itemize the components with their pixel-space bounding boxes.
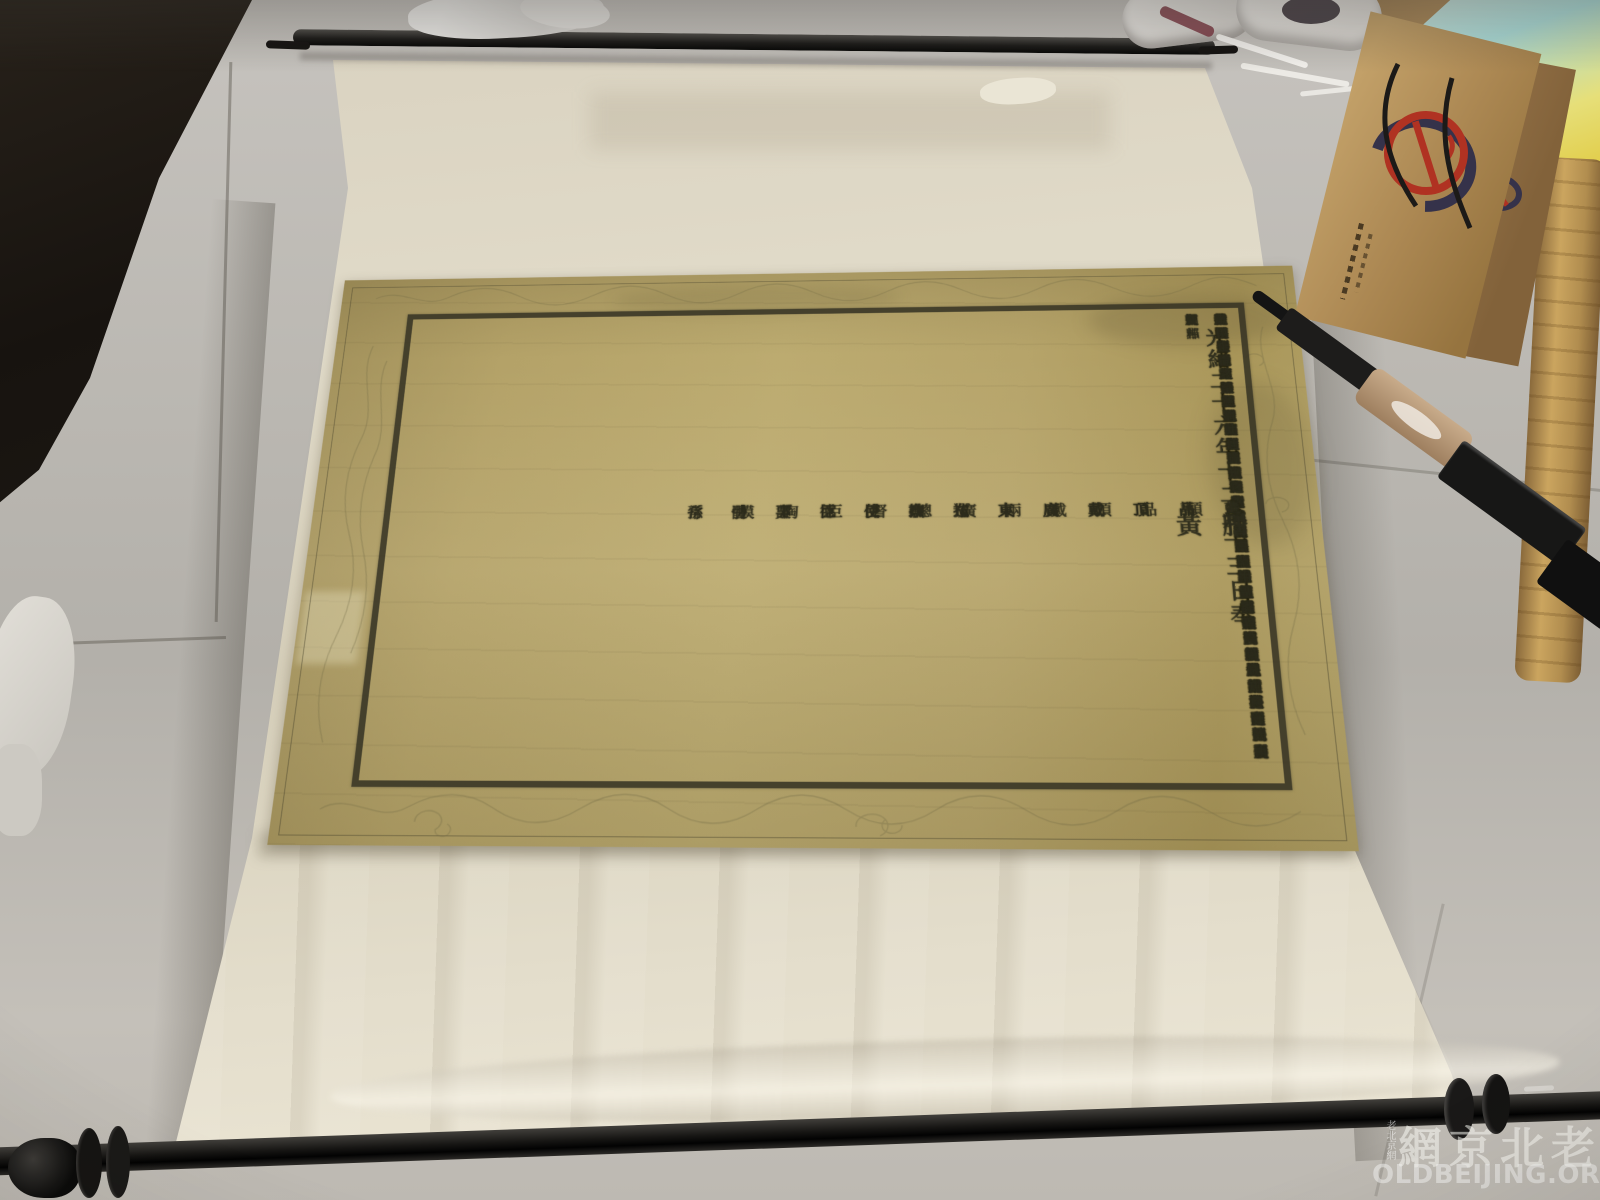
edict-text: 光緒二十六年十二月十三日奉 上諭各省每因傳習邪術結黨立會攻毀各國人民迭經降旨嚴禁…	[367, 313, 1279, 773]
photo-scene: 光緒二十六年十二月十三日奉 上諭各省每因傳習邪術結黨立會攻毀各國人民迭經降旨嚴禁…	[0, 0, 1600, 1200]
scroll-document: 光緒二十六年十二月十三日奉 上諭各省每因傳習邪術結黨立會攻毀各國人民迭經降旨嚴禁…	[267, 266, 1359, 852]
top-rod-tip	[1198, 45, 1238, 54]
roller-knob-left	[8, 1138, 80, 1198]
roller-ring	[106, 1126, 130, 1198]
bag-handles	[1330, 30, 1600, 290]
paper-scrap	[0, 744, 42, 836]
top-rod-tip	[266, 40, 310, 50]
roller-ring	[76, 1128, 102, 1198]
watermark-url: OLDBEIJING.ORG	[1372, 1160, 1600, 1190]
